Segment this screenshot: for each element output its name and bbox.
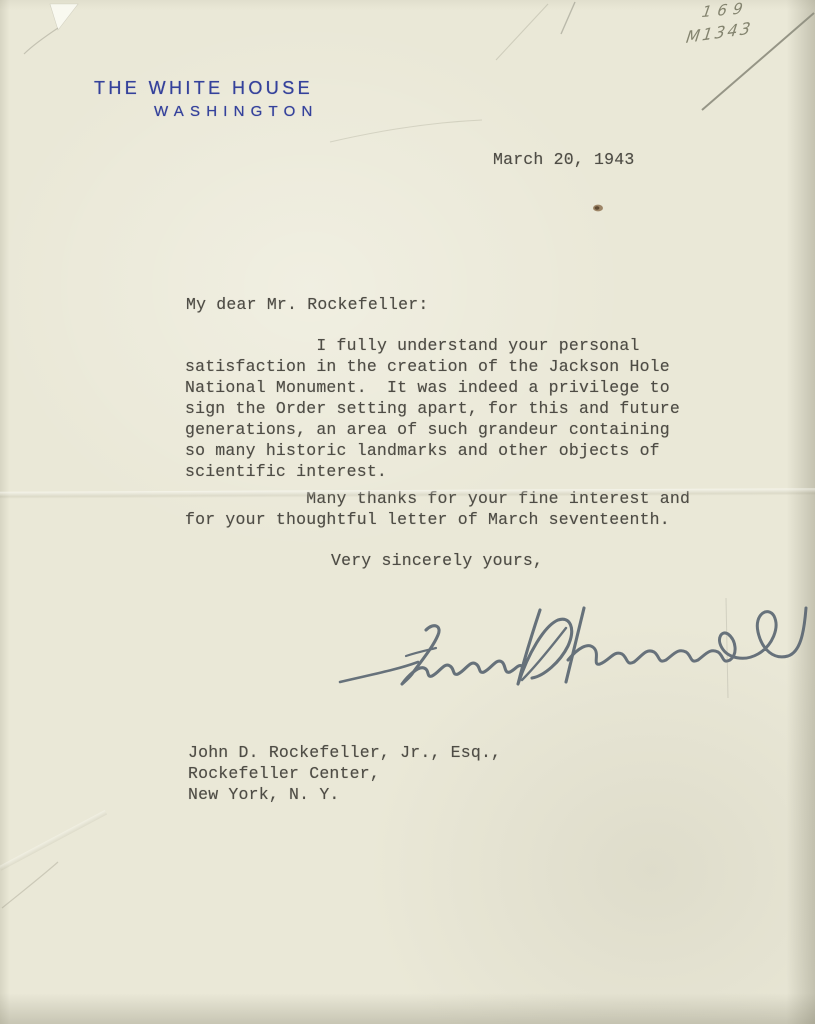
letterhead-line1: THE WHITE HOUSE	[94, 78, 313, 99]
letter-date: March 20, 1943	[493, 149, 634, 170]
bottom-left-crease-line	[2, 862, 58, 908]
faint-vertical-scratch	[726, 598, 728, 698]
roosevelt-signature	[328, 594, 808, 706]
pencil-archive-number: 169	[701, 0, 750, 21]
pencil-archive-code: M1343	[685, 18, 754, 47]
recipient-address-block: John D. Rockefeller, Jr., Esq., Rockefel…	[188, 742, 608, 805]
complimentary-closing: Very sincerely yours,	[331, 550, 543, 571]
paper-speck-center	[595, 206, 600, 209]
letter-page: THE WHITE HOUSE WASHINGTON 169 M1343 Mar…	[0, 0, 815, 1024]
letterhead-crease	[330, 120, 482, 142]
body-paragraph-1: I fully understand your personal satisfa…	[185, 335, 695, 482]
bottom-left-crease	[0, 810, 107, 871]
paper-speck	[593, 205, 603, 212]
top-crease-line	[496, 4, 548, 60]
salutation: My dear Mr. Rockefeller:	[186, 294, 428, 315]
corner-scratch	[24, 28, 58, 54]
dog-ear-crease	[50, 4, 78, 30]
top-ink-scratch	[561, 2, 575, 34]
letterhead-line2: WASHINGTON	[154, 103, 319, 120]
